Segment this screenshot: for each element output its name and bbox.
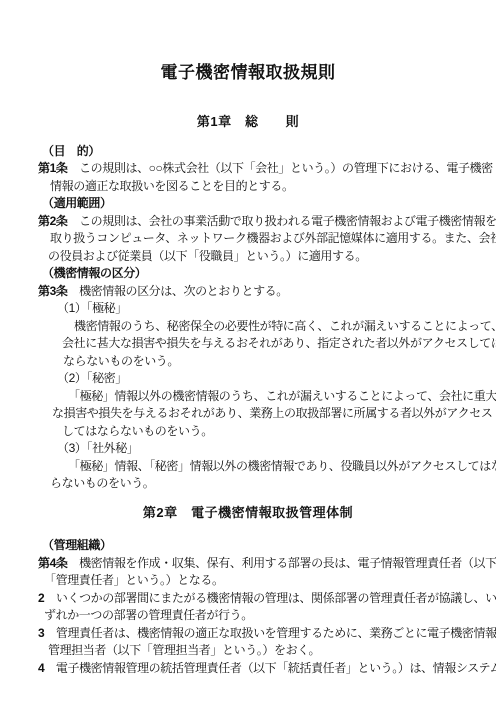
paragraph-3-line-2: 管理担当者（以下「管理担当者」という。）をおく。 [38, 642, 490, 660]
article-4-text: 機密情報を作成・収集、保有、利用する部署の長は、電子情報管理責任者（以下 [67, 556, 496, 570]
article-2-text: この規則は、会社の事業活動で取り扱われる電子機密情報および電子機密情報を [67, 214, 496, 228]
item-2-label: （2）「秘密」 [38, 370, 490, 388]
section-heading-scope: （適用範囲） [38, 195, 490, 213]
chapter2-heading: 第2章 電子機密情報取扱管理体制 [0, 504, 496, 522]
item-1-body-line-1: 機密情報のうち、秘密保全の必要性が特に高く、これが漏えいすることによって、 [38, 318, 490, 336]
item-2-body-line-3: してはならないものをいう。 [38, 423, 490, 441]
paragraph-4-text: 電子機密情報管理の統括管理責任者（以下「統括責任者」という。）は、情報システム [44, 661, 496, 675]
item-2-body-line-1: 「極秘」情報以外の機密情報のうち、これが漏えいすることによって、会社に重大 [38, 388, 490, 406]
item-3-label: （3）「社外秘」 [38, 440, 490, 458]
article-1-number: 第1条 [38, 161, 67, 175]
item-2-body-line-2: な損害や損失を与えるおそれがあり、業務上の取扱部署に所属する者以外がアクセス [38, 405, 490, 423]
article-3-line-1: 第3条 機密情報の区分は、次のとおりとする。 [38, 283, 490, 301]
chapter1-heading: 第1章 総 則 [0, 113, 496, 131]
item-1-body-line-2: 会社に甚大な損害や損失を与えるおそれがあり、指定された者以外がアクセスしては [38, 335, 490, 353]
paragraph-4-line-1: 4 電子機密情報管理の統括管理責任者（以下「統括責任者」という。）は、情報システ… [38, 660, 490, 678]
item-3-body-line-1: 「極秘」情報、「秘密」情報以外の機密情報であり、役職員以外がアクセスしてはな [38, 458, 490, 476]
document-title: 電子機密情報取扱規則 [0, 0, 496, 83]
document-page: 電子機密情報取扱規則 第1章 総 則 （目 的） 第1条 この規則は、○○株式会… [0, 0, 496, 719]
paragraph-2-text: いくつかの部署間にまたがる機密情報の管理は、関係部署の管理責任者が協議し、い [44, 591, 496, 605]
article-1-line-2: 情報の適正な取扱いを図ることを目的とする。 [38, 178, 490, 196]
article-4-line-1: 第4条 機密情報を作成・収集、保有、利用する部署の長は、電子情報管理責任者（以下 [38, 555, 490, 573]
item-1-body-line-3: ならないものをいう。 [38, 353, 490, 371]
chapter1-body: （目 的） 第1条 この規則は、○○株式会社（以下「会社」という。）の管理下にお… [0, 143, 496, 493]
chapter2-body: （管理組織） 第4条 機密情報を作成・収集、保有、利用する部署の長は、電子情報管… [0, 537, 496, 677]
paragraph-3-text: 管理責任者は、機密情報の適正な取扱いを管理するために、業務ごとに電子機密情報 [44, 626, 496, 640]
section-heading-purpose: （目 的） [38, 143, 490, 161]
article-2-line-1: 第2条 この規則は、会社の事業活動で取り扱われる電子機密情報および電子機密情報を [38, 213, 490, 231]
article-3-text: 機密情報の区分は、次のとおりとする。 [67, 284, 287, 298]
article-4-number: 第4条 [38, 556, 67, 570]
article-3-number: 第3条 [38, 284, 67, 298]
article-2-line-3: の役員および従業員（以下「役職員」という。）に適用する。 [38, 248, 490, 266]
article-2-number: 第2条 [38, 214, 67, 228]
section-heading-classification: （機密情報の区分） [38, 265, 490, 283]
item-3-body-line-2: らないものをいう。 [38, 475, 490, 493]
section-heading-organization: （管理組織） [38, 537, 490, 555]
article-2-line-2: 取り扱うコンピュータ、ネットワーク機器および外部記憶媒体に適用する。また、会社 [38, 230, 490, 248]
paragraph-3-line-1: 3 管理責任者は、機密情報の適正な取扱いを管理するために、業務ごとに電子機密情報 [38, 625, 490, 643]
paragraph-2-line-1: 2 いくつかの部署間にまたがる機密情報の管理は、関係部署の管理責任者が協議し、い [38, 590, 490, 608]
article-4-line-2: 「管理責任者」という。）となる。 [38, 572, 490, 590]
paragraph-2-line-2: ずれか一つの部署の管理責任者が行う。 [38, 607, 490, 625]
article-1-line-1: 第1条 この規則は、○○株式会社（以下「会社」という。）の管理下における、電子機… [38, 160, 490, 178]
article-1-text: この規則は、○○株式会社（以下「会社」という。）の管理下における、電子機密 [67, 161, 492, 175]
item-1-label: （1）「極秘」 [38, 300, 490, 318]
